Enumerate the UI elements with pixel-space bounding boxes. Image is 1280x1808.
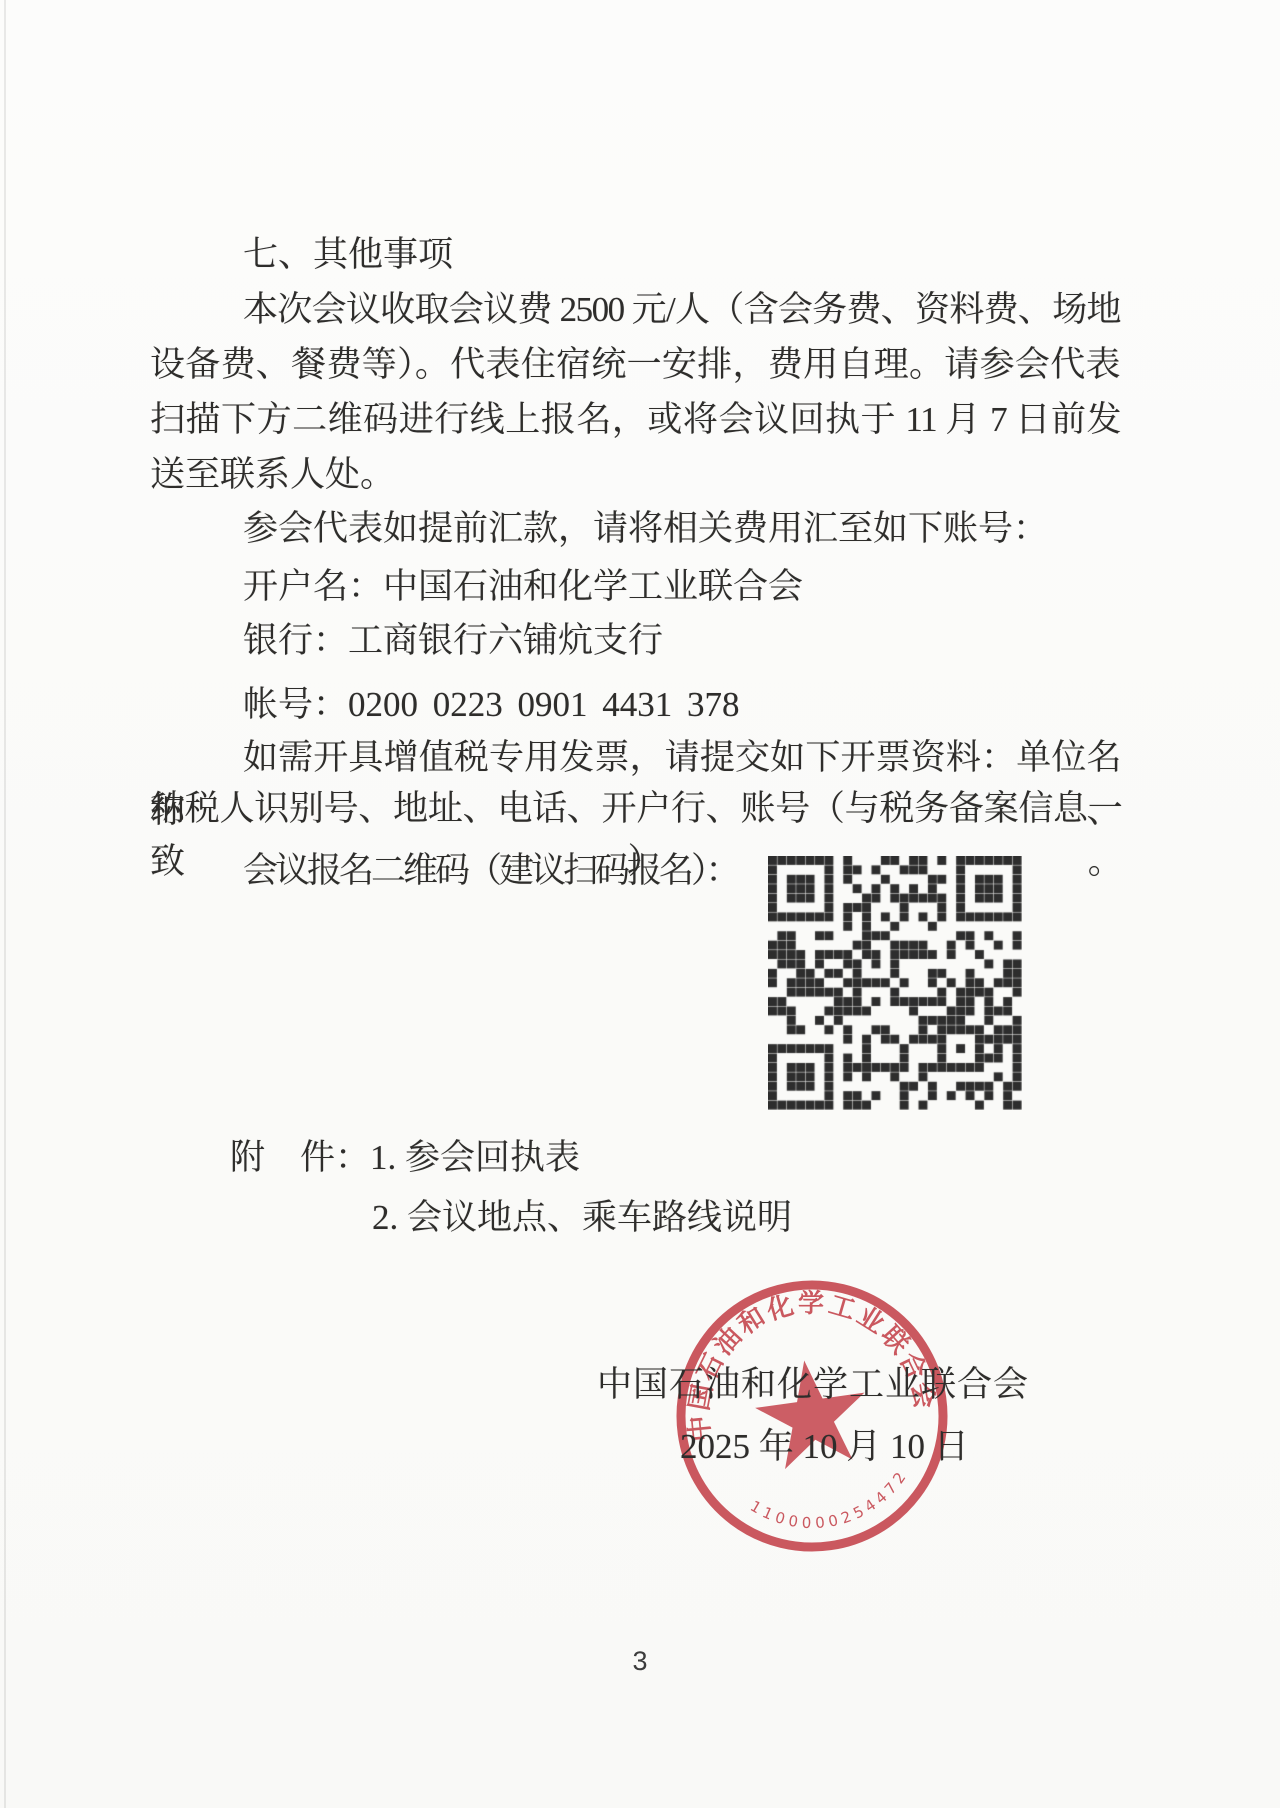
qr-caption: 会议报名二维码（建议扫码报名）： bbox=[150, 844, 850, 897]
body-line: 送至联系人处。 bbox=[150, 448, 1120, 501]
page-number: 3 bbox=[0, 1646, 1280, 1677]
attachments-line: 附 件：1. 参会回执表 bbox=[230, 1131, 580, 1184]
body-line: 设备费、餐费等）。代表住宿统一安排，费用自理。请参会代表 bbox=[150, 338, 1120, 391]
seal-graphic: 中国石油和化学工业联合会 1100000254472 bbox=[649, 1253, 974, 1578]
remittance-intro-line: 参会代表如提前汇款，请将相关费用汇至如下账号： bbox=[150, 502, 1120, 555]
scan-edge-line bbox=[4, 0, 6, 1808]
seal-code: 1100000254472 bbox=[743, 1463, 917, 1541]
invoice-line: 纳税人识别号、地址、电话、开户行、账号（与税务备案信息一致）。 bbox=[150, 782, 1120, 835]
account-name-line: 开户名：中国石油和化学工业联合会 bbox=[150, 560, 1120, 613]
attachment-item: 1. 参会回执表 bbox=[370, 1138, 580, 1177]
document-page: 七、其他事项 本次会议收取会议费 2500 元/人（含会务费、资料费、场地 设备… bbox=[0, 0, 1280, 1808]
body-line: 扫描下方二维码进行线上报名，或将会议回执于 11 月 7 日前发 bbox=[150, 393, 1120, 446]
attachment-item: 2. 会议地点、乘车路线说明 bbox=[372, 1191, 792, 1244]
bank-line: 银行：工商银行六铺炕支行 bbox=[150, 614, 1120, 667]
signature-organization: 中国石油和化学工业联合会 bbox=[597, 1361, 1029, 1409]
account-number-line: 帐号：0200 0223 0901 4431 378 bbox=[150, 678, 1120, 731]
svg-text:1100000254472: 1100000254472 bbox=[743, 1463, 917, 1541]
signature-date: 2025 年 10 月 10 日 bbox=[680, 1423, 969, 1471]
registration-qr-code bbox=[768, 856, 1022, 1110]
body-line: 本次会议收取会议费 2500 元/人（含会务费、资料费、场地 bbox=[150, 283, 1120, 336]
section-heading: 七、其他事项 bbox=[150, 228, 1120, 281]
official-seal: 中国石油和化学工业联合会 1100000254472 bbox=[649, 1253, 974, 1578]
invoice-line: 如需开具增值税专用发票，请提交如下开票资料：单位名称、 bbox=[150, 731, 1120, 784]
attachments-label: 附 件： bbox=[230, 1138, 370, 1177]
